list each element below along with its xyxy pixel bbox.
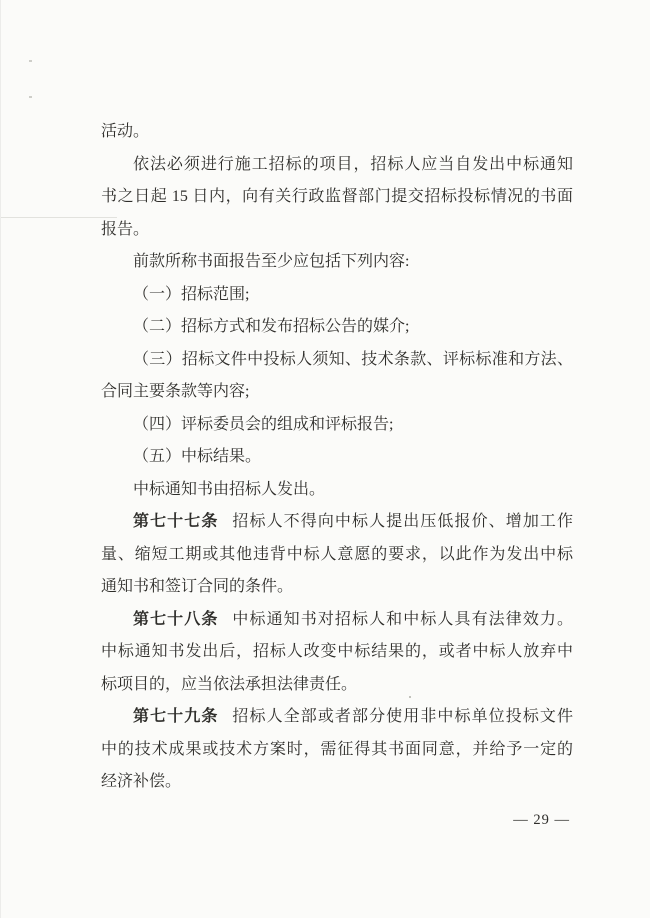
text-line: 中标通知书发出后，招标人改变中标结果的，或者中标人放弃中	[101, 636, 573, 669]
text-line: （一）招标范围;	[101, 279, 573, 312]
scan-speck	[29, 96, 32, 98]
article-text: 中标通知书对招标人和中标人具有法律效力。	[232, 611, 573, 628]
text-line: 第七十八条中标通知书对招标人和中标人具有法律效力。	[101, 604, 573, 637]
text-line: 通知书和签订合同的条件。	[101, 571, 573, 604]
article-text: 招标人全部或者部分使用非中标单位投标文件	[232, 708, 573, 725]
text-line: 标项目的，应当依法承担法律责任。	[101, 669, 573, 702]
text-line: 报告。	[101, 214, 573, 247]
text-line: （四）评标委员会的组成和评标报告;	[101, 409, 573, 442]
text-line: 中标通知书由招标人发出。	[101, 474, 573, 507]
article-text: 招标人不得向中标人提出压低报价、增加工作	[232, 513, 573, 530]
text-line: （五）中标结果。	[101, 441, 573, 474]
article-number: 第七十七条	[133, 513, 218, 530]
text-line: 第七十七条招标人不得向中标人提出压低报价、增加工作	[101, 506, 573, 539]
text-line: 合同主要条款等内容;	[101, 376, 573, 409]
document-body: 活动。依法必须进行施工招标的项目，招标人应当自发出中标通知书之日起 15 日内，…	[101, 116, 573, 799]
text-line: 量、缩短工期或其他违背中标人意愿的要求，以此作为发出中标	[101, 539, 573, 572]
scanned-document-page: 活动。依法必须进行施工招标的项目，招标人应当自发出中标通知书之日起 15 日内，…	[0, 0, 650, 918]
scan-artifact-line	[1, 217, 117, 218]
text-line: 依法必须进行施工招标的项目，招标人应当自发出中标通知	[101, 149, 573, 182]
text-line: （二）招标方式和发布招标公告的媒介;	[101, 311, 573, 344]
scan-speck	[29, 60, 32, 62]
text-line: 经济补偿。	[101, 766, 573, 799]
text-line: 前款所称书面报告至少应包括下列内容:	[101, 246, 573, 279]
page-number: — 29 —	[513, 812, 570, 829]
text-line: 中的技术成果或技术方案时，需征得其书面同意，并给予一定的	[101, 734, 573, 767]
article-number: 第七十八条	[133, 611, 218, 628]
text-line: 第七十九条招标人全部或者部分使用非中标单位投标文件	[101, 701, 573, 734]
article-number: 第七十九条	[133, 708, 218, 725]
text-line: 书之日起 15 日内，向有关行政监督部门提交招标投标情况的书面	[101, 181, 573, 214]
text-line: 活动。	[101, 116, 573, 149]
text-line: （三）招标文件中投标人须知、技术条款、评标标准和方法、	[101, 344, 573, 377]
